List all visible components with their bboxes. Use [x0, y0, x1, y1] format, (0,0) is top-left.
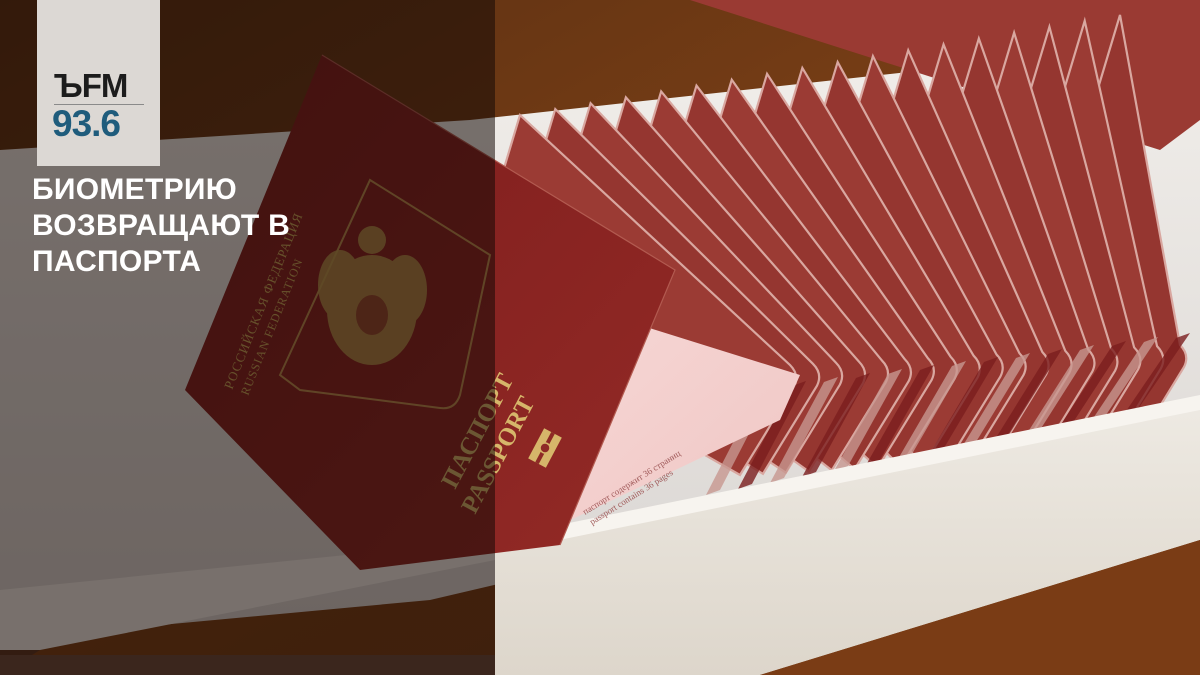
headline-line: БИОМЕТРИЮ — [32, 172, 472, 208]
logo-brand: ЪFM — [54, 69, 144, 103]
headline-line: ВОЗВРАЩАЮТ В — [32, 208, 472, 244]
headline: БИОМЕТРИЮ ВОЗВРАЩАЮТ В ПАСПОРТА — [32, 172, 472, 280]
headline-line: ПАСПОРТА — [32, 244, 472, 280]
news-card: паспорт содержит 36 страниц passport con… — [0, 0, 1200, 675]
bfm-logo: ЪFM 93.6 — [37, 0, 160, 166]
logo-frequency: 93.6 — [52, 104, 152, 144]
